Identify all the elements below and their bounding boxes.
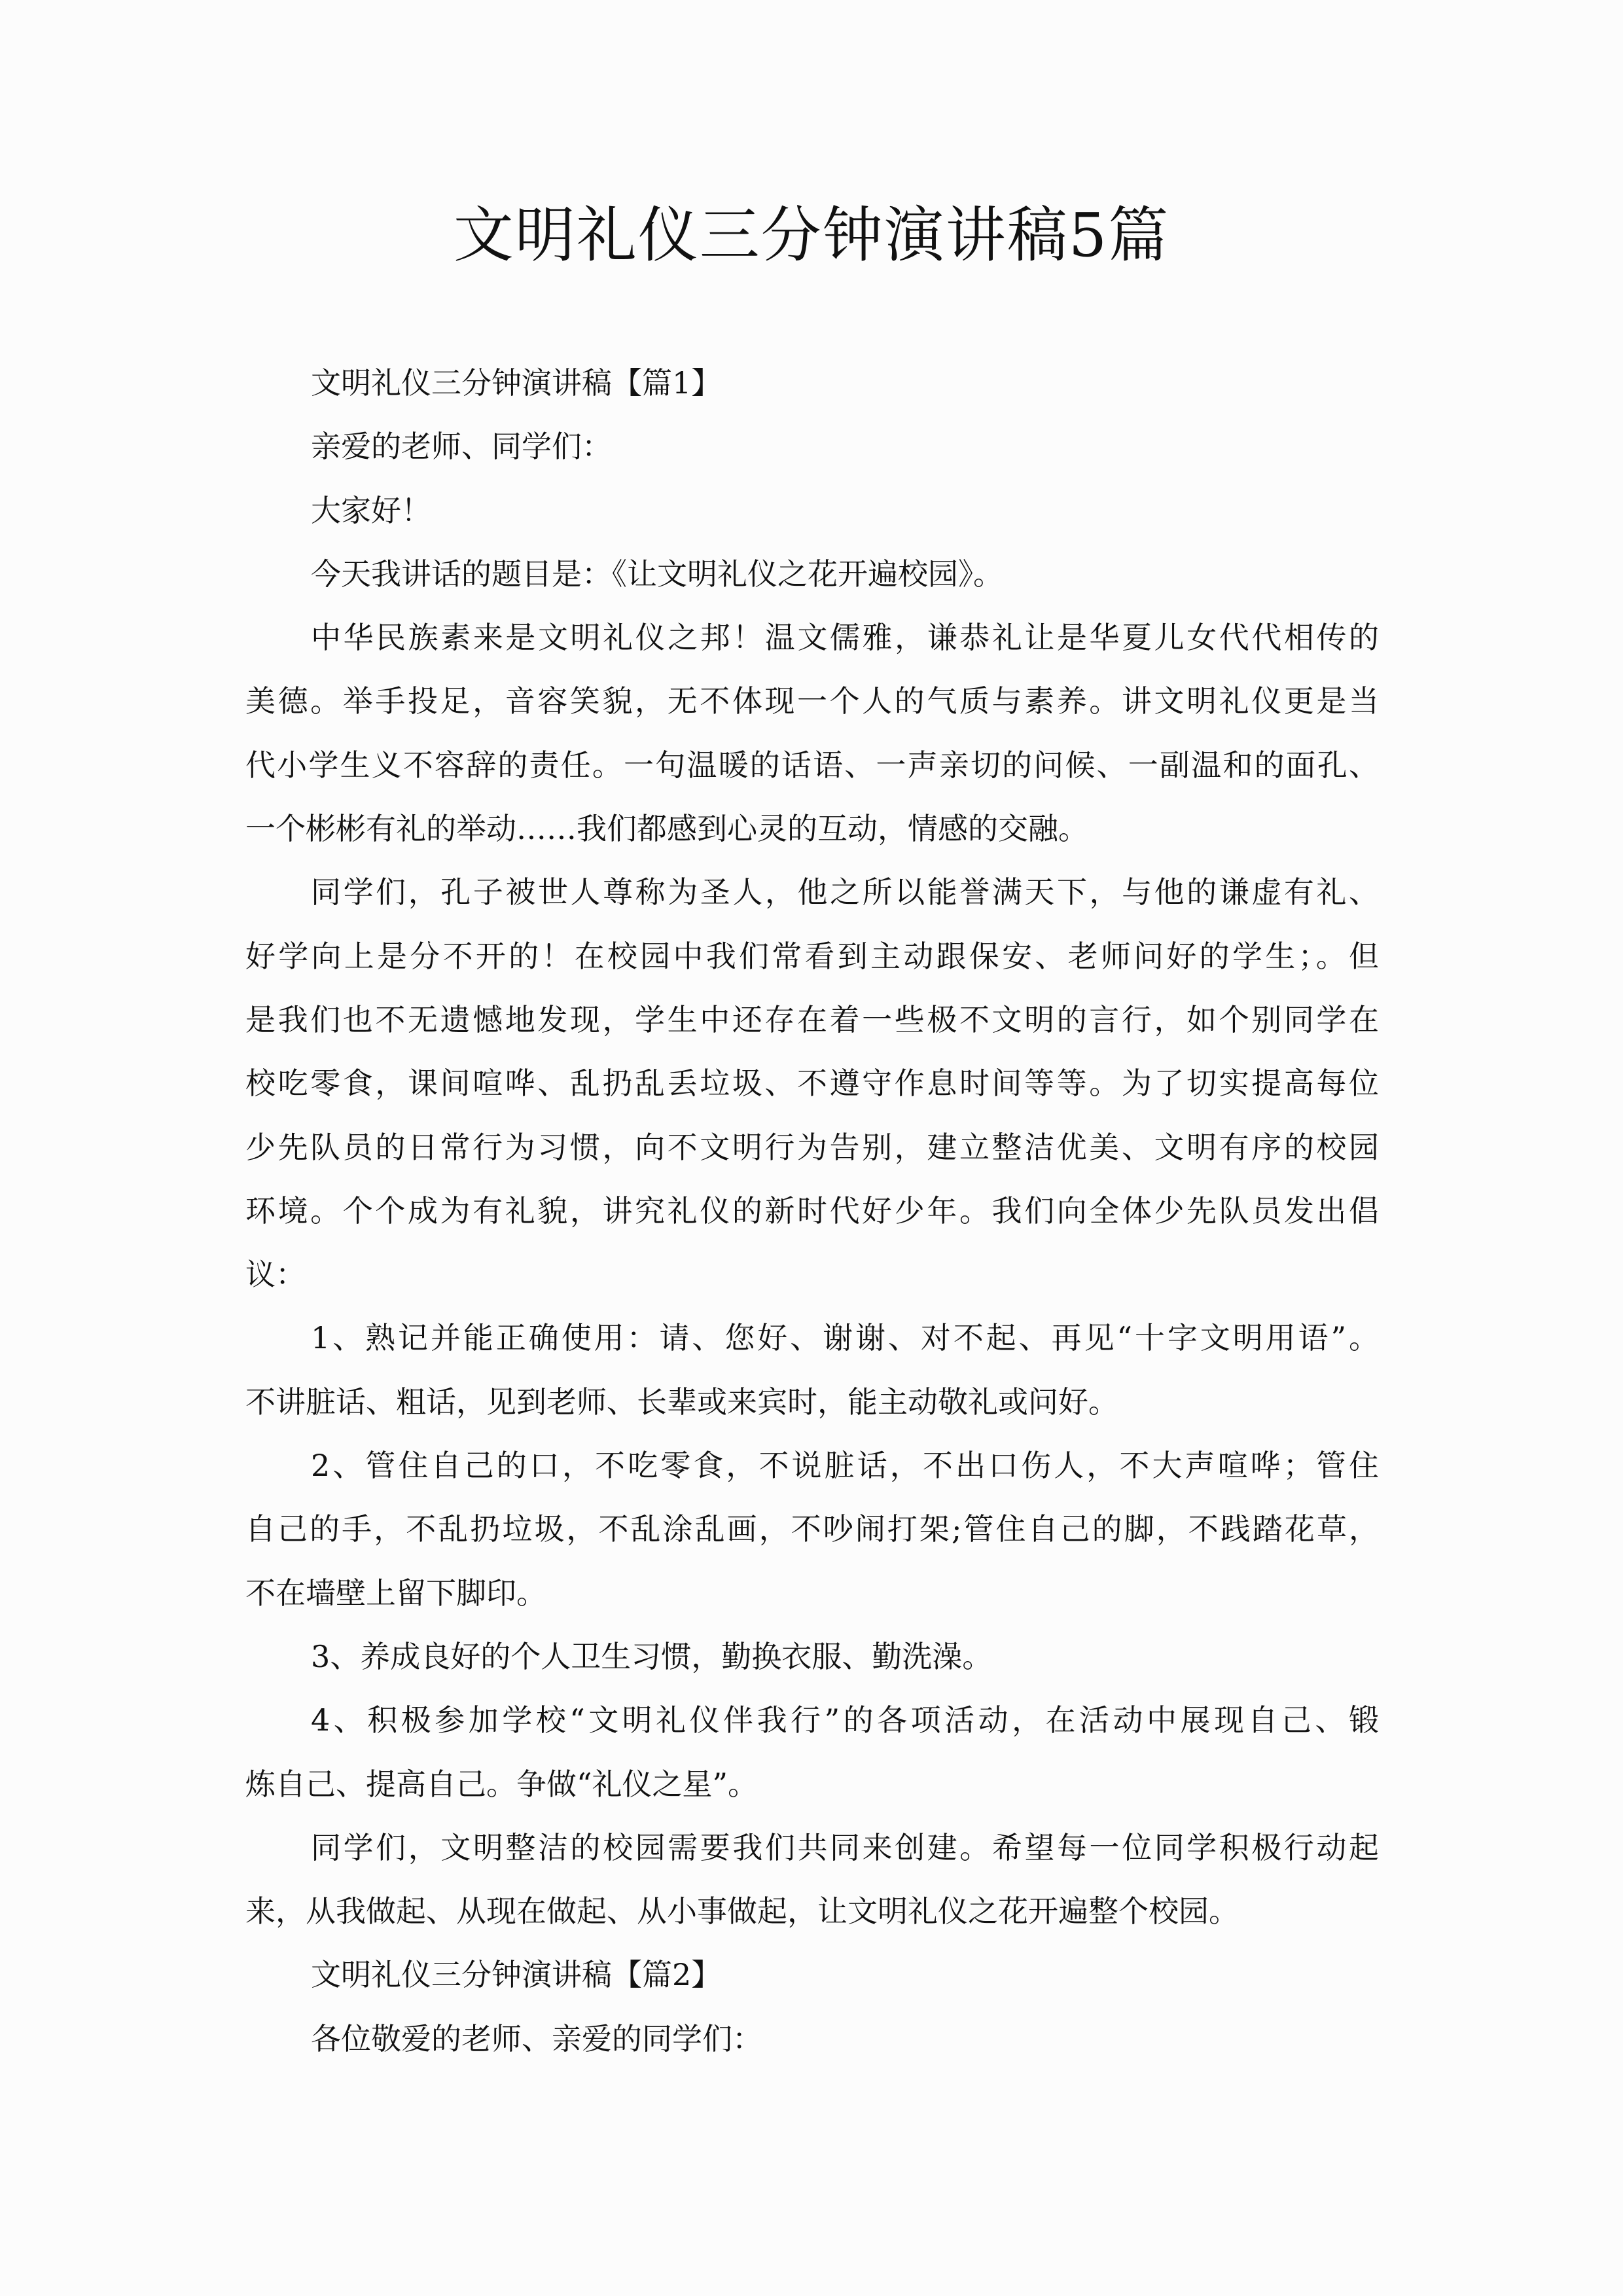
section-heading: 文明礼仪三分钟演讲稿【篇1】 [245,357,1379,420]
paragraph-line: 一个彬彬有礼的举动……我们都感到心灵的互动，情感的交融。 [245,802,1379,866]
paragraph-line: 美德。举手投足，音容笑貌，无不体现一个人的气质与素养。讲文明礼仪更是当 [245,675,1379,738]
list-item-line: 不在墙壁上留下脚印。 [245,1567,1379,1630]
paragraph-line: 校吃零食，课间喧哗、乱扔乱丢垃圾、不遵守作息时间等等。为了切实提高每位 [245,1057,1379,1121]
document-body: 文明礼仪三分钟演讲稿【篇1】亲爱的老师、同学们：大家好！今天我讲话的题目是：《让… [245,357,1379,2076]
greeting-line: 大家好！ [245,484,1379,548]
document-title: 文明礼仪三分钟演讲稿5篇 [0,196,1623,275]
list-item-line: 4、积极参加学校“文明礼仪伴我行”的各项活动，在活动中展现自己、锻 [245,1694,1379,1757]
paragraph-line: 今天我讲话的题目是：《让文明礼仪之花开遍校园》。 [245,548,1379,611]
paragraph-line: 好学向上是分不开的！在校园中我们常看到主动跟保安、老师问好的学生；。但 [245,930,1379,994]
paragraph-line: 议： [245,1248,1379,1312]
list-item-line: 不讲脏话、粗话，见到老师、长辈或来宾时，能主动敬礼或问好。 [245,1376,1379,1439]
paragraph-line: 少先队员的日常行为习惯，向不文明行为告别，建立整洁优美、文明有序的校园 [245,1121,1379,1185]
list-item-line: 1、熟记并能正确使用：请、您好、谢谢、对不起、再见“十字文明用语”。 [245,1312,1379,1375]
paragraph-line: 中华民族素来是文明礼仪之邦！温文儒雅，谦恭礼让是华夏儿女代代相传的 [245,611,1379,675]
paragraph-line: 同学们，孔子被世人尊称为圣人，他之所以能誉满天下，与他的谦虚有礼、 [245,866,1379,929]
paragraph-line: 同学们，文明整洁的校园需要我们共同来创建。希望每一位同学积极行动起 [245,1821,1379,1885]
paragraph-line: 代小学生义不容辞的责任。一句温暖的话语、一声亲切的问候、一副温和的面孔、 [245,739,1379,802]
list-item-line: 2、管住自己的口，不吃零食，不说脏话，不出口伤人，不大声喧哗；管住 [245,1439,1379,1503]
salutation-line: 各位敬爱的老师、亲爱的同学们： [245,2013,1379,2076]
salutation-line: 亲爱的老师、同学们： [245,420,1379,484]
section-heading: 文明礼仪三分钟演讲稿【篇2】 [245,1948,1379,2012]
paragraph-line: 环境。个个成为有礼貌，讲究礼仪的新时代好少年。我们向全体少先队员发出倡 [245,1185,1379,1248]
paragraph-line: 是我们也不无遗憾地发现，学生中还存在着一些极不文明的言行，如个别同学在 [245,994,1379,1057]
paragraph-line: 来，从我做起、从现在做起、从小事做起，让文明礼仪之花开遍整个校园。 [245,1885,1379,1948]
list-item-line: 3、养成良好的个人卫生习惯，勤换衣服、勤洗澡。 [245,1630,1379,1694]
list-item-line: 自己的手，不乱扔垃圾，不乱涂乱画，不吵闹打架;管住自己的脚，不践踏花草， [245,1503,1379,1566]
list-item-line: 炼自己、提高自己。争做“礼仪之星”。 [245,1758,1379,1821]
